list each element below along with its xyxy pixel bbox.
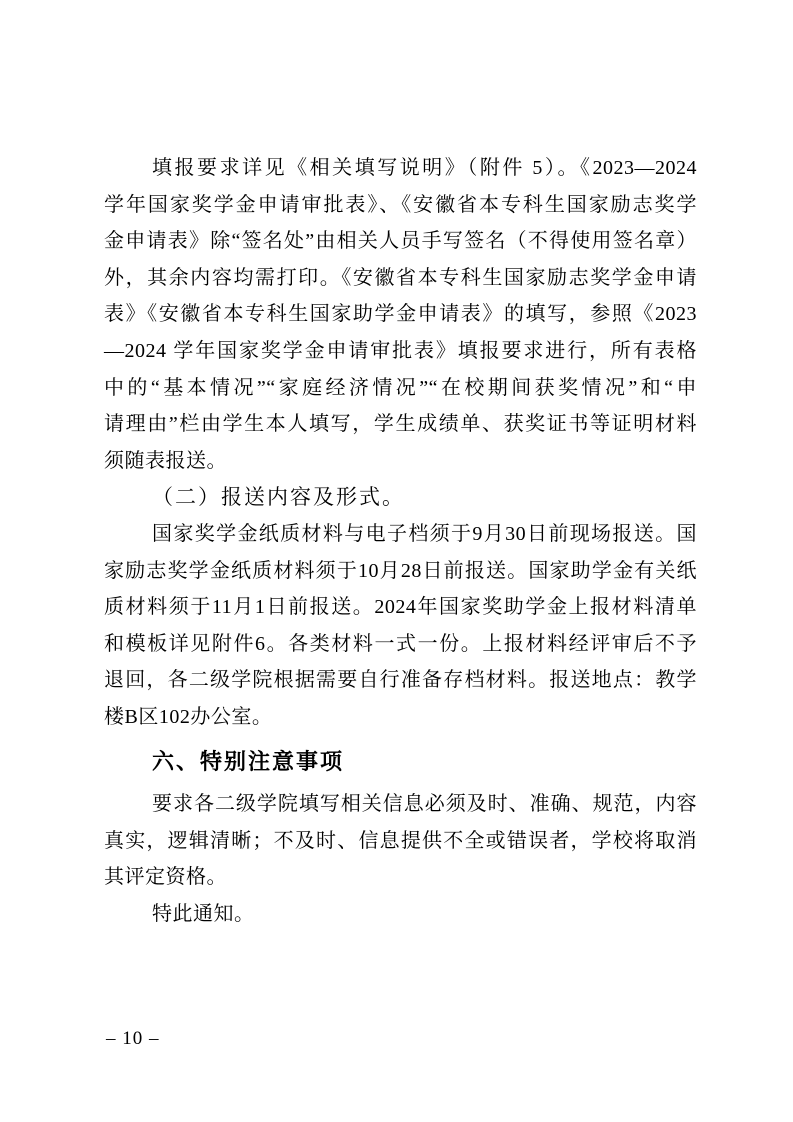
- document-content: 填报要求详见《相关填写说明》（附件 5）。《2023—2024学年国家奖学金申请…: [104, 150, 697, 932]
- text-line: 真实，逻辑清晰；不及时、信息提供不全或错误者，学校将取消: [104, 823, 697, 860]
- text-line: 退回，各二级学院根据需要自行准备存档材料。报送地点：教学: [104, 662, 697, 699]
- text-line: 外，其余内容均需打印。《安徽省本专科生国家励志奖学金申请: [104, 260, 697, 297]
- paragraph: 特此通知。: [104, 896, 697, 933]
- text-line: 表》《安徽省本专科生国家助学金申请表》的填写，参照《2023: [104, 296, 697, 333]
- section-subheading: （二）报送内容及形式。: [104, 479, 697, 516]
- text-line: 质材料须于11月1日前报送。2024年国家奖助学金上报材料清单: [104, 589, 697, 626]
- text-line: 家励志奖学金纸质材料须于10月28日前报送。国家助学金有关纸: [104, 553, 697, 590]
- text-line: —2024 学年国家奖学金申请审批表》填报要求进行，所有表格: [104, 333, 697, 370]
- page-number: – 10 –: [106, 1028, 160, 1050]
- text-line: 填报要求详见《相关填写说明》（附件 5）。《2023—2024: [104, 150, 697, 187]
- text-line: 中的“基本情况”“家庭经济情况”“在校期间获奖情况”和“申: [104, 370, 697, 407]
- text-line: 金申请表》除“签名处”由相关人员手写签名（不得使用签名章）: [104, 223, 697, 260]
- text-line: 特此通知。: [104, 896, 697, 933]
- section-heading: 六、特别注意事项: [104, 744, 697, 781]
- paragraph: 国家奖学金纸质材料与电子档须于9月30日前现场报送。国家励志奖学金纸质材料须于1…: [104, 516, 697, 736]
- text-line: 学年国家奖学金申请审批表》、《安徽省本专科生国家励志奖学: [104, 187, 697, 224]
- text-line: 要求各二级学院填写相关信息必须及时、准确、规范，内容: [104, 786, 697, 823]
- paragraph: 要求各二级学院填写相关信息必须及时、准确、规范，内容真实，逻辑清晰；不及时、信息…: [104, 786, 697, 896]
- text-line: 请理由”栏由学生本人填写，学生成绩单、获奖证书等证明材料: [104, 406, 697, 443]
- text-line: 楼B区102办公室。: [104, 699, 697, 736]
- text-line: 和模板详见附件6。各类材料一式一份。上报材料经评审后不予: [104, 626, 697, 663]
- text-line: 国家奖学金纸质材料与电子档须于9月30日前现场报送。国: [104, 516, 697, 553]
- paragraph: 填报要求详见《相关填写说明》（附件 5）。《2023—2024学年国家奖学金申请…: [104, 150, 697, 479]
- text-line: 其评定资格。: [104, 859, 697, 896]
- document-page: 填报要求详见《相关填写说明》（附件 5）。《2023—2024学年国家奖学金申请…: [0, 0, 793, 1122]
- text-line: 须随表报送。: [104, 443, 697, 480]
